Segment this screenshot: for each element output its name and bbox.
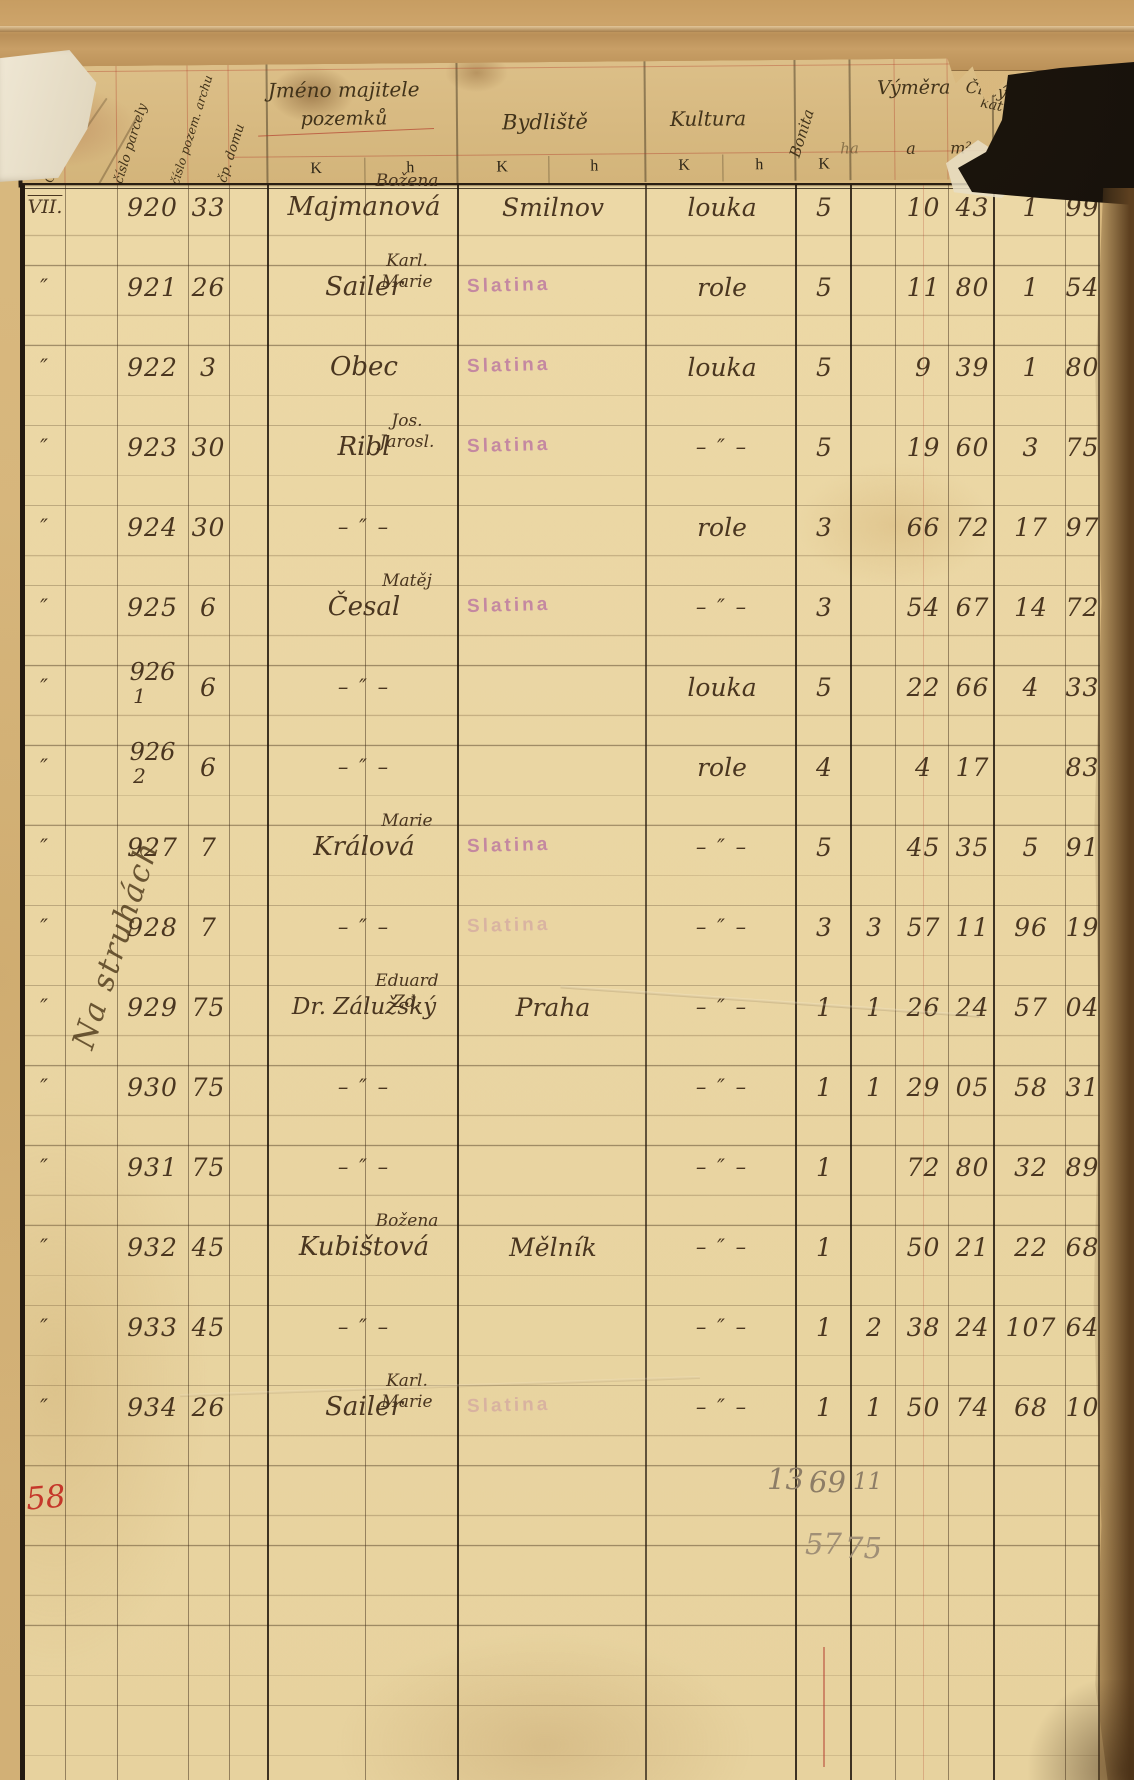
given-name: Marie [351,272,463,293]
parcel-denominator: 2 [133,764,146,788]
vymera-m2: 21 [950,1222,995,1272]
red-rule [823,1647,825,1767]
owner-surname: – ″ – [269,662,459,712]
vynos-k: 96 [995,902,1067,952]
vynos-k: 22 [995,1222,1067,1272]
grid-vline [229,185,230,1780]
slatina-stamp: Slatina [467,834,551,858]
parcel-number: 933 [117,1302,188,1352]
vymera-a: 26 [897,982,950,1032]
vynos-h: 89 [1067,1142,1098,1192]
given-name: Marie [351,811,463,832]
pencil-total: 75 [845,1531,882,1565]
vynos-k: 32 [995,1142,1067,1192]
scanned-ledger-page: Číslo číslo parcely číslo pozem. archu č… [0,0,1134,1780]
pencil-total: 57 [805,1527,842,1561]
arch-number: 6 [188,582,229,632]
arch-number: 7 [188,822,229,872]
currency-label: K [818,156,830,174]
row-index: ″ [25,902,65,952]
parcel-denominator: 1 [133,684,146,708]
col-header-parcela: číslo parcely [111,102,150,186]
given-name: Marie [351,1392,463,1413]
page-number: 58 [25,1478,67,1517]
owner-given-names: Marie [351,811,463,832]
arch-number: 45 [188,1222,229,1272]
parcel-number: 924 [117,502,188,552]
col-header-bydliste: Bydliště [454,109,636,135]
col-header-jmeno-2: pozemků [234,107,454,131]
vynos-h: 10 [1067,1382,1098,1432]
owner-surname: – ″ – [269,502,459,552]
row-index: ″ [25,1302,65,1352]
vymera-a: 38 [897,1302,950,1352]
vymera-a: 66 [897,502,950,552]
bonita: 5 [797,662,852,712]
given-name: Karl. [351,251,463,272]
arch-number: 7 [188,902,229,952]
parcel-number: 929 [117,982,188,1032]
slatina-stamp: Slatina [467,914,551,938]
currency-tick [1054,152,1055,179]
row-index: ″ [25,422,65,472]
arch-number: 26 [188,262,229,312]
bonita: 3 [797,502,852,552]
kultura: role [647,502,797,552]
parcel-number: 921 [117,262,188,312]
vymera-m2: 35 [950,822,995,872]
vymera-m2: 39 [950,342,995,392]
row-index: VII. [25,182,65,232]
row-index: ″ [25,982,65,1032]
vymera-ha: 1 [852,1062,897,1112]
vynos-k: 57 [995,982,1067,1032]
arch-number: 30 [188,502,229,552]
kultura: role [647,262,797,312]
parcel-main: 926 [130,660,176,684]
owner-given-names: Jos.Jarosl. [351,411,463,453]
vymera-m2: 11 [950,902,995,952]
row-index: ″ [25,582,65,632]
kultura: – ″ – [647,822,797,872]
vymera-a: 19 [897,422,950,472]
vymera-m2: 24 [950,982,995,1032]
given-name: Zd. [351,992,463,1013]
row-index: ″ [25,662,65,712]
residence: Smilnov [459,182,647,232]
bonita: 1 [797,1222,852,1272]
currency-label: K [496,158,508,176]
given-name: Karl. [351,1371,463,1392]
bonita: 5 [797,262,852,312]
bonita: 3 [797,902,852,952]
bonita: 1 [797,1062,852,1112]
vymera-a: 9 [897,342,950,392]
kultura: – ″ – [647,1382,797,1432]
kultura: louka [647,182,797,232]
parcel-number: 931 [117,1142,188,1192]
arch-number: 45 [188,1302,229,1352]
owner-surname: – ″ – [269,1142,459,1192]
kultura: – ″ – [647,422,797,472]
owner-surname: – ″ – [269,742,459,792]
owner-surname: – ″ – [269,902,459,952]
vynos-h: 31 [1067,1062,1098,1112]
bonita: 1 [797,1142,852,1192]
arch-number: 75 [188,1062,229,1112]
vynos-h: 64 [1067,1302,1098,1352]
vymera-m2: 24 [950,1302,995,1352]
parcel-number: 9261 [117,653,188,715]
bonita: 5 [797,182,852,232]
vymera-ha: 2 [852,1302,897,1352]
kultura: – ″ – [647,582,797,632]
given-name: Eduard [351,971,463,992]
vymera-a: 50 [897,1382,950,1432]
owner-surname: Obec [269,342,459,392]
owner-given-names: Matěj [351,571,463,592]
vymera-ha: 1 [852,982,897,1032]
owner-given-names: Karl.Marie [351,1371,463,1413]
arch-number: 6 [188,662,229,712]
kultura: – ″ – [647,902,797,952]
vymera-m2: 17 [950,742,995,792]
vynos-h: 04 [1067,982,1098,1032]
table-header-strip: Číslo číslo parcely číslo pozem. archu č… [17,57,1084,187]
row-index: ″ [25,1222,65,1272]
pencil-total: 13 [767,1462,804,1496]
grid-vline [65,185,66,1780]
vymera-a: 72 [897,1142,950,1192]
vymera-a: 54 [897,582,950,632]
vymera-a: 11 [897,262,950,312]
residence: Praha [459,982,647,1032]
vymera-ha: 3 [852,902,897,952]
kultura: – ″ – [647,1302,797,1352]
vynos-h: 80 [1067,342,1098,392]
currency-tick [548,156,549,183]
vymera-m2: 74 [950,1382,995,1432]
bonita: 3 [797,582,852,632]
vymera-a: 57 [897,902,950,952]
vynos-k: 4 [995,662,1067,712]
vynos-h: 99 [1067,182,1098,232]
vynos-k: 68 [995,1382,1067,1432]
currency-tick [722,154,723,181]
vynos-h: 97 [1067,502,1098,552]
currency-label: K [310,160,322,178]
given-name: Jos. [351,411,463,432]
unit-a: a [906,139,916,158]
unit-ha: ha [840,139,859,157]
vymera-m2: 67 [950,582,995,632]
owner-given-names: EduardZd. [351,971,463,1013]
currency-label: K [678,157,690,175]
owner-surname: – ″ – [269,1302,459,1352]
bonita: 5 [797,822,852,872]
parcel-number: 925 [117,582,188,632]
arch-number: 75 [188,982,229,1032]
vynos-k: 17 [995,502,1067,552]
kultura: – ″ – [647,1222,797,1272]
col-header-pozem-arch: číslo pozem. archu [168,73,216,186]
vynos-k: 58 [995,1062,1067,1112]
given-name: Matěj [351,571,463,592]
parcel-number: 932 [117,1222,188,1272]
pencil-total: 11 [853,1469,882,1495]
vymera-a: 50 [897,1222,950,1272]
vymera-a: 10 [897,182,950,232]
slatina-stamp: Slatina [467,434,551,458]
bonita: 5 [797,422,852,472]
vymera-m2: 05 [950,1062,995,1112]
row-index: ″ [25,822,65,872]
kultura: – ″ – [647,1062,797,1112]
kultura: – ″ – [647,982,797,1032]
given-name: Jarosl. [351,432,463,453]
arch-number: 75 [188,1142,229,1192]
vynos-k: 14 [995,582,1067,632]
vymera-a: 29 [897,1062,950,1112]
kultura: louka [647,662,797,712]
parcel-number: 934 [117,1382,188,1432]
ledger-table: VII.92033MajmanováBoženaSmilnovlouka5104… [20,183,1100,1780]
vynos-h: 83 [1067,742,1098,792]
vynos-h: 72 [1067,582,1098,632]
row-index: ″ [25,1382,65,1432]
vymera-m2: 60 [950,422,995,472]
vynos-k: 5 [995,822,1067,872]
arch-number: 30 [188,422,229,472]
parcel-number: 923 [117,422,188,472]
bonita: 5 [797,342,852,392]
currency-label: h [590,158,598,176]
kultura: louka [647,342,797,392]
vymera-m2: 80 [950,1142,995,1192]
vymera-m2: 66 [950,662,995,712]
vymera-a: 4 [897,742,950,792]
kultura: – ″ – [647,1142,797,1192]
slatina-stamp: Slatina [467,274,551,298]
vymera-m2: 72 [950,502,995,552]
bonita: 1 [797,1302,852,1352]
parcel-number: 9262 [117,733,188,795]
col-header-kultura: Kultura [628,106,788,131]
col-header-cp-domu: čp. domu [215,122,248,184]
vynos-h: 68 [1067,1222,1098,1272]
row-index: ″ [25,342,65,392]
vymera-a: 22 [897,662,950,712]
vynos-k: 107 [995,1302,1067,1352]
arch-number: 6 [188,742,229,792]
given-name: Božena [351,1211,463,1232]
owner-given-names: Božena [351,1211,463,1232]
owner-given-names: Božena [351,171,463,192]
vymera-a: 45 [897,822,950,872]
upper-paper-sheet [0,0,1134,71]
vynos-h: 19 [1067,902,1098,952]
bottom-right-shadow [1020,1680,1134,1780]
owner-given-names: Karl.Marie [351,251,463,293]
row-index: ″ [25,742,65,792]
residence: Mělník [459,1222,647,1272]
given-name: Božena [351,171,463,192]
vynos-h: 54 [1067,262,1098,312]
bonita: 4 [797,742,852,792]
kultura: role [647,742,797,792]
vymera-ha: 1 [852,1382,897,1432]
bonita: 1 [797,982,852,1032]
vynos-h: 33 [1067,662,1098,712]
arch-number: 26 [188,1382,229,1432]
vynos-k: 1 [995,262,1067,312]
slatina-stamp: Slatina [467,1394,551,1418]
parcel-number: 922 [117,342,188,392]
slatina-stamp: Slatina [467,354,551,378]
vynos-k: 1 [995,342,1067,392]
currency-label: h [1074,153,1082,171]
arch-number: 33 [188,182,229,232]
currency-label: h [755,156,763,174]
arch-number: 3 [188,342,229,392]
parcel-number: 930 [117,1062,188,1112]
vynos-h: 75 [1067,422,1098,472]
vynos-k: 3 [995,422,1067,472]
pencil-total: 69 [809,1465,846,1499]
row-index: ″ [25,502,65,552]
row-index: ″ [25,1142,65,1192]
vynos-h: 91 [1067,822,1098,872]
col-header-jmeno-1: Jméno majitele [234,77,454,103]
bonita: 1 [797,1382,852,1432]
vymera-m2: 80 [950,262,995,312]
paper-crease [0,26,1134,32]
col-header-vynos-2: kat. výnos [979,95,1053,125]
parcel-number: 920 [117,182,188,232]
parcel-main: 926 [130,740,176,764]
row-index: ″ [25,262,65,312]
owner-surname: – ″ – [269,1062,459,1112]
slatina-stamp: Slatina [467,594,551,618]
